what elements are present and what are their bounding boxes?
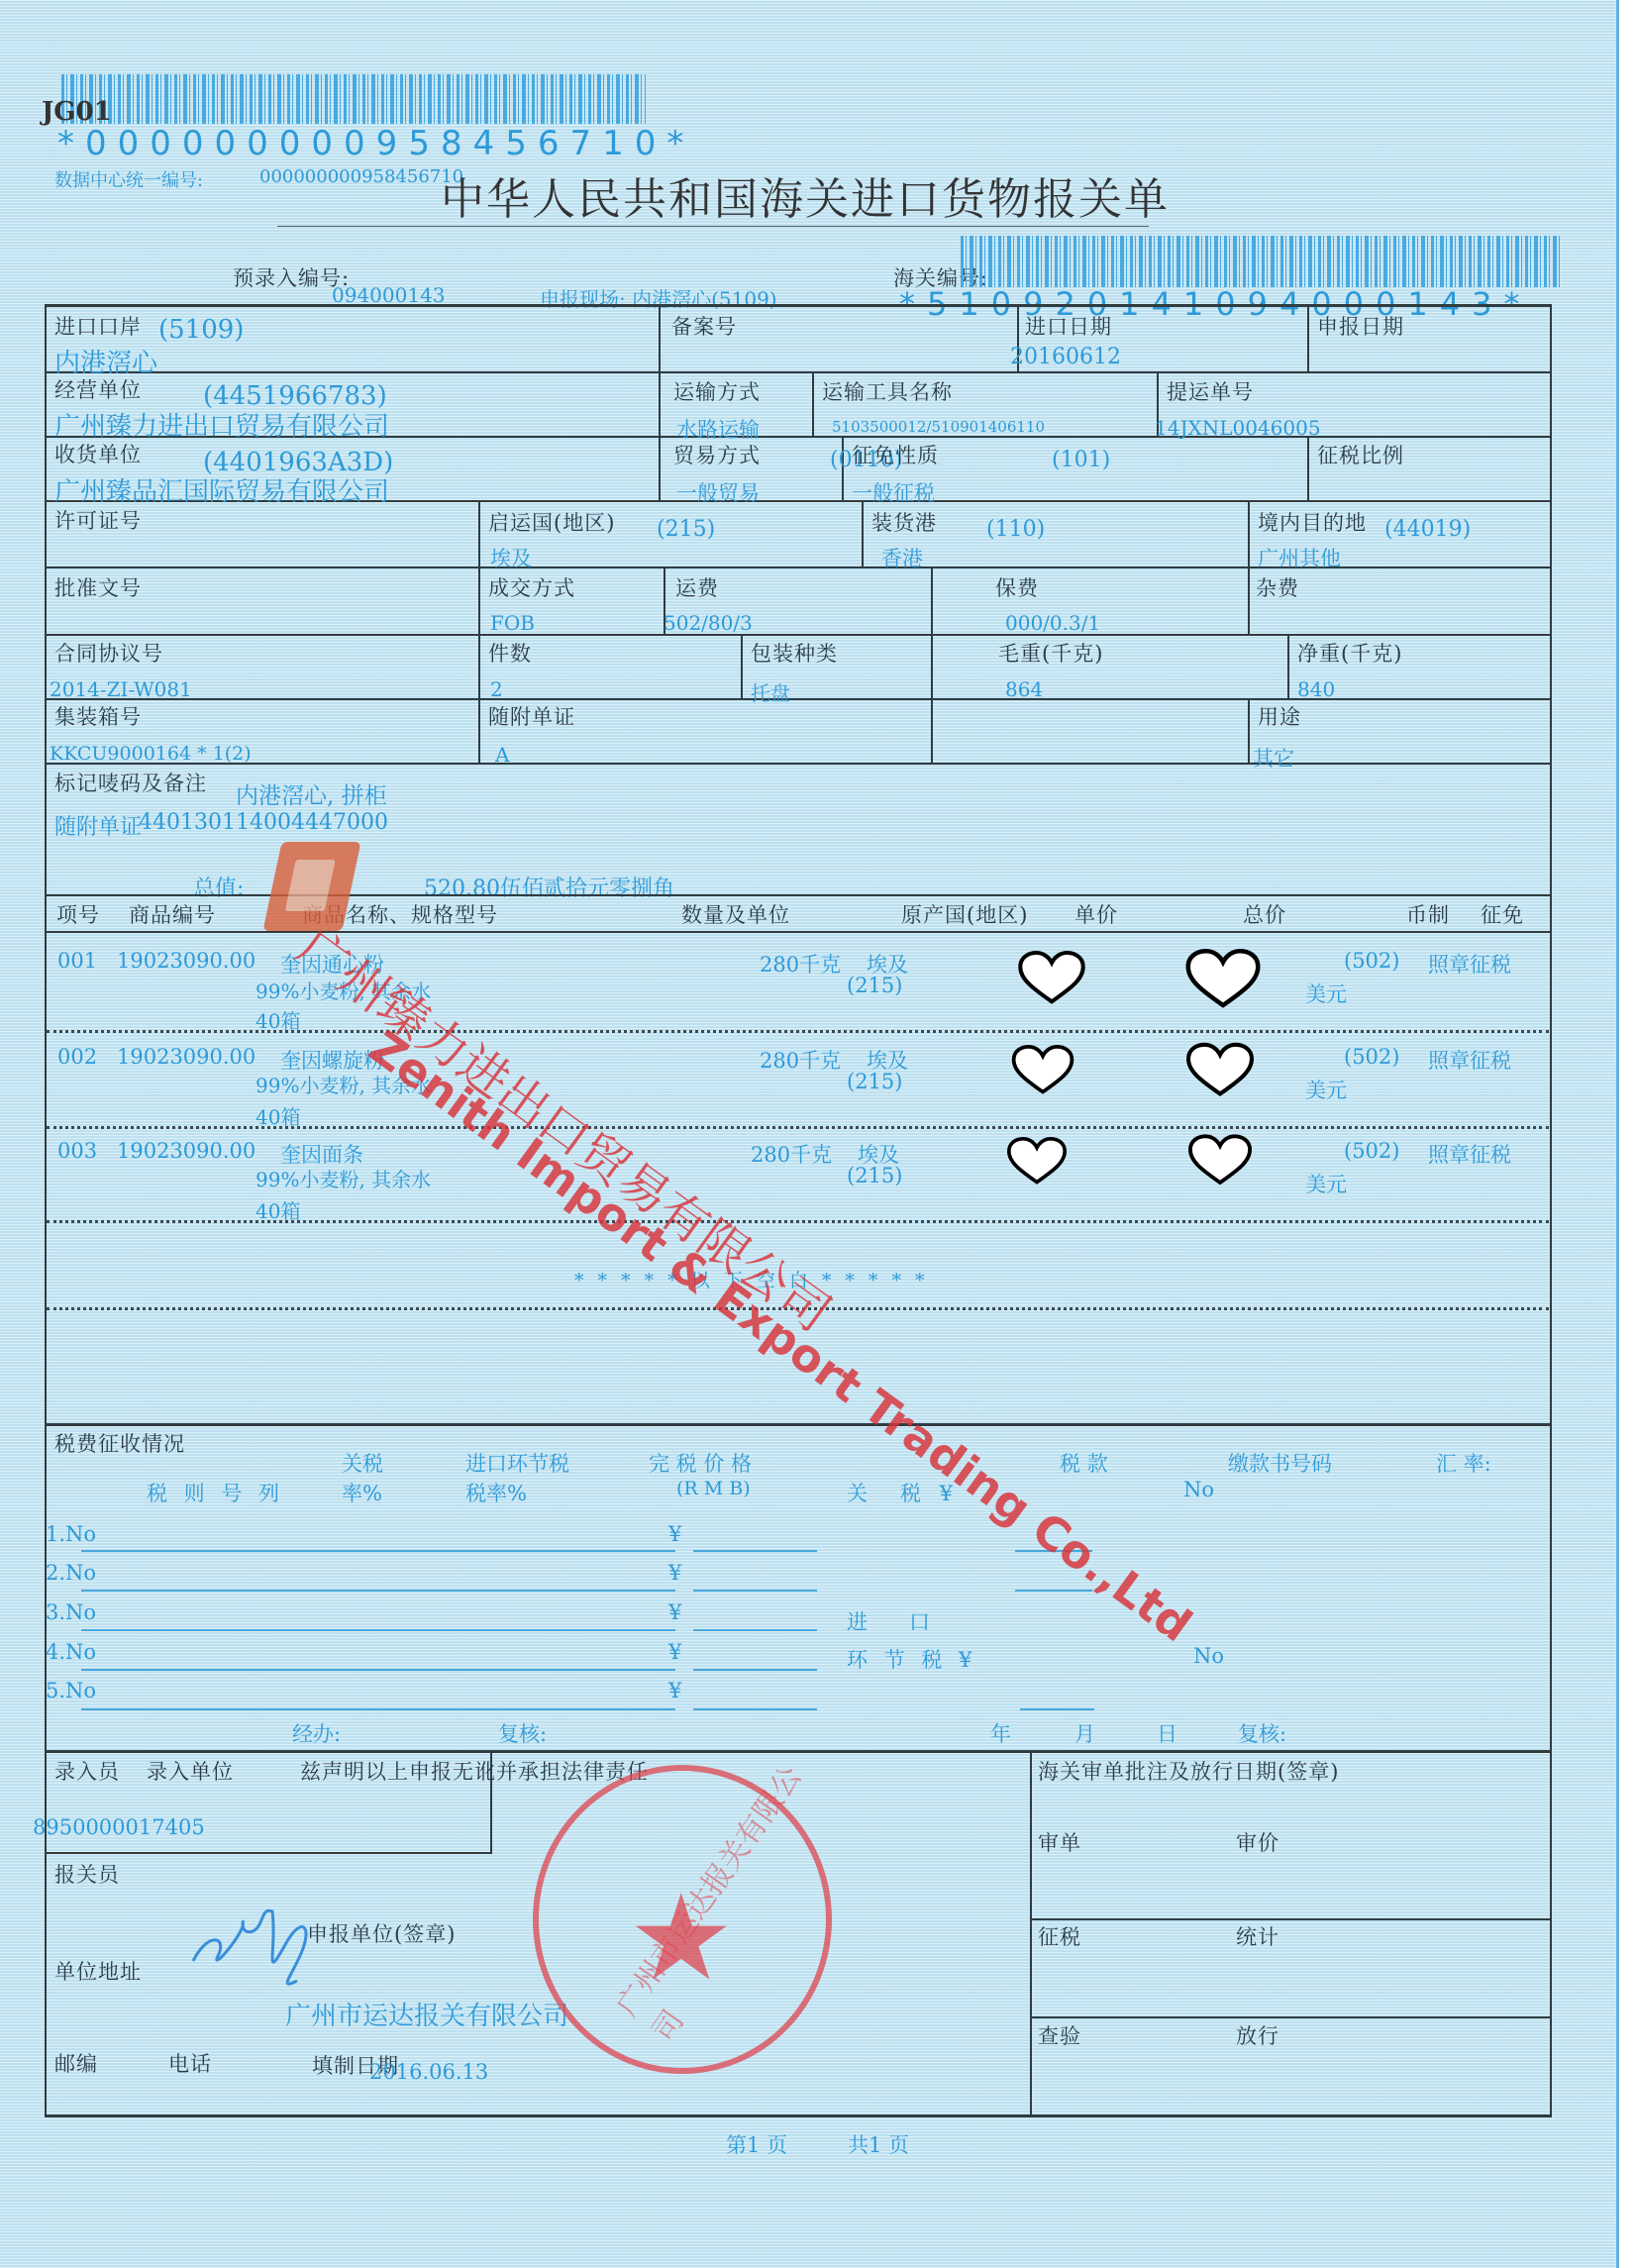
declarer-name: 广州市运达报关有限公司 [285,1996,568,2032]
tax-day: 日 [1157,1718,1177,1748]
item-qty: 280千克 [751,1139,832,1169]
tax-import-vat-no: No [1193,1644,1224,1668]
item-no: 001 [57,949,97,973]
import-date-value: 20160612 [1010,345,1121,369]
declaration-statement: 兹声明以上申报无讹并承担法律责任 [300,1756,649,1786]
redacted-unit-price-heart-icon [1015,951,1088,1004]
destination-value: 广州其他 [1258,543,1341,572]
attached-docs-value: A [495,743,509,767]
yen-symbol: ¥ [668,1600,681,1624]
postcode-label: 邮编 [54,2048,98,2078]
license-no-label: 许可证号 [54,505,142,535]
levy-nature-label: 征免性质 [852,440,939,469]
import-date-label: 进口日期 [1025,311,1112,341]
consignee-label: 收货单位 [54,439,142,468]
import-port-label: 进口口岸 [54,311,142,341]
item-qty: 280千克 [760,949,841,979]
bill-no-value: 14JXNL0046005 [1155,416,1321,440]
item-origin-code: (215) [847,974,902,997]
trade-mode-label: 贸易方式 [673,440,761,469]
goods-header-origin: 原产国(地区) [901,899,1028,929]
goods-header-unit-price: 单价 [1074,899,1118,929]
tax-handler: 经办: [292,1718,341,1748]
container-no-label: 集装箱号 [54,701,142,731]
table-top-border [45,304,1552,307]
item-origin-code: (215) [847,1164,902,1187]
marks-doc-label: 随附单证 [54,810,142,841]
page-number: 第1 页 [726,2129,787,2159]
page-title: 中华人民共和国海关进口货物报关单 [441,163,1170,227]
review-doc-label: 审单 [1038,1827,1081,1857]
data-center-no: 000000000958456710 [259,166,463,187]
loading-port-value: 香港 [881,543,923,572]
tax-col-payment-no: 缴款书号码 [1228,1448,1332,1478]
redacted-unit-price-heart-icon [1007,1134,1067,1187]
watermark-en: Zenith Import & Export Trading Co.,Ltd [359,1020,1201,1652]
entry-no: 8950000017405 [33,1815,205,1839]
levy-nature-value: 一般征税 [852,477,935,507]
entry-clerk-label: 录入员 [54,1756,120,1786]
item-no: 002 [57,1045,97,1069]
entry-unit-label: 录入单位 [147,1756,234,1786]
item-code: 19023090.00 [117,949,256,973]
review-price-label: 审价 [1236,1827,1279,1857]
customs-approval-label: 海关审单批注及放行日期(签章) [1038,1756,1339,1786]
gross-weight-label: 毛重(千克) [998,638,1103,668]
contract-no-value: 2014-ZI-W081 [50,677,192,701]
goods-header-total-price: 总价 [1243,899,1286,929]
item-spec: 99%小麦粉, 其余水 [256,1164,431,1192]
container-no-value: KKCU9000164 * 1(2) [50,743,252,765]
item-code: 19023090.00 [117,1045,256,1069]
broker-label: 报关员 [54,1859,120,1889]
redacted-total-price-heart-icon [1188,1134,1252,1186]
insurance-label: 保费 [995,572,1039,602]
total-value-label: 总值: [193,872,244,902]
deal-mode-label: 成交方式 [488,572,575,602]
tax-col-exchange-rate: 汇 率: [1436,1448,1491,1478]
tax-reviewer: 复核: [498,1718,547,1748]
stats-label: 统计 [1236,1921,1279,1951]
tax-col-import-vat: 进口环节税 [465,1448,569,1478]
tax-tariff-no: No [1183,1478,1214,1501]
origin-country-value: 埃及 [490,543,532,572]
operator-value: 广州臻力进出口贸易有限公司 [54,406,389,443]
gross-weight-value: 864 [1005,677,1043,701]
tax-import-vat-yen: 环 节 税 ¥ [847,1644,976,1674]
redacted-total-price-heart-icon [1186,1042,1254,1097]
tax-row-no: 5.No [46,1679,96,1702]
contract-no-label: 合同协议号 [54,638,163,668]
tax-col-tariff: 关税 [342,1448,383,1478]
item-code: 19023090.00 [117,1139,256,1163]
phone-label: 电话 [168,2048,212,2078]
item-currency: 美元 [1305,1075,1347,1104]
net-weight-label: 净重(千克) [1297,638,1402,668]
origin-country-code: (215) [657,517,715,542]
tax-import-label: 进 口 [847,1606,930,1636]
tax-label: 税费征收情况 [54,1428,185,1458]
item-levy: 照章征税 [1428,949,1511,979]
import-port-code: (5109) [158,315,244,345]
net-weight-value: 840 [1297,677,1335,701]
tax-row-no: 1.No [46,1522,96,1546]
destination-code: (44019) [1384,517,1471,542]
yen-symbol: ¥ [668,1561,681,1585]
form-code: JG01 [42,97,112,127]
operator-label: 经营单位 [54,374,142,404]
insurance-value: 000/0.3/1 [1005,611,1100,635]
attached-docs-label: 随附单证 [488,701,575,731]
tax-col-dutiable: 完 税 价 格 [649,1448,752,1478]
destination-label: 境内目的地 [1258,507,1367,537]
table-bottom-border [45,2114,1552,2117]
consignee-value: 广州臻品汇国际贸易有限公司 [54,471,389,508]
loading-port-code: (110) [986,517,1045,542]
item-currency: 美元 [1305,1169,1347,1198]
yen-symbol: ¥ [668,1679,681,1702]
item-no: 003 [57,1139,97,1163]
tax-col-tariff-no: 税 则 号 列 [147,1478,284,1507]
tax-month: 月 [1074,1718,1095,1748]
release-label: 放行 [1236,2020,1279,2050]
levy-label: 征税 [1038,1921,1081,1951]
goods-header-code: 商品编号 [129,899,216,929]
tax-row-no: 4.No [46,1640,96,1664]
deal-mode-value: FOB [490,611,535,635]
package-type-value: 托盘 [751,677,790,706]
item-qty: 280千克 [760,1045,841,1075]
fill-date: 2016.06.13 [369,2060,488,2084]
tax-col-dutiable-rmb: (R M B) [676,1478,751,1499]
freight-label: 运费 [675,572,719,602]
company-seal: ★ 广州市运达报关有限公司 [533,1765,832,2074]
tax-col-amount: 税 款 [1060,1448,1108,1478]
item-currency-code: (502) [1344,949,1399,973]
approval-no-label: 批准文号 [54,572,142,602]
tax-col-import-vat-rate: 税率% [465,1478,527,1507]
top-barcode [61,74,646,124]
package-type-label: 包装种类 [751,638,838,668]
broker-signature [183,1882,352,2001]
pieces-label: 件数 [488,638,532,668]
page-total: 共1 页 [848,2129,909,2159]
yen-symbol: ¥ [668,1640,681,1664]
top-barcode-digits: *000000000958456710* [57,124,694,163]
transport-name-label: 运输工具名称 [822,376,953,406]
item-currency-code: (502) [1344,1045,1399,1069]
table-right-border [1550,304,1552,2116]
item-levy: 照章征税 [1428,1045,1511,1075]
freight-value: 502/80/3 [664,611,753,635]
redacted-unit-price-heart-icon [1010,1045,1075,1094]
item-currency: 美元 [1305,979,1347,1008]
transport-name-value: 5103500012/510901406110 [832,418,1045,436]
redacted-total-price-heart-icon [1183,949,1263,1008]
tax-year: 年 [990,1718,1011,1748]
total-value: 520.80伍佰贰拾元零捌角 [424,872,674,902]
data-center-label: 数据中心统一编号: [54,166,203,192]
item-origin-code: (215) [847,1070,902,1093]
title-underline [277,226,1149,227]
goods-header-currency: 币制 [1406,899,1450,929]
transport-mode-label: 运输方式 [673,376,761,406]
tax-row-no: 3.No [46,1600,96,1624]
marks-doc-value: 440130114004447000 [139,810,388,835]
unit-address-label: 单位地址 [54,1956,142,1986]
misc-fee-label: 杂费 [1256,572,1299,602]
pieces-value: 2 [490,677,503,701]
record-no-label: 备案号 [671,311,737,341]
customs-barcode [961,236,1560,287]
item-levy: 照章征税 [1428,1139,1511,1169]
tax-col-tariff-rate: 率% [342,1478,382,1507]
usage-value: 其它 [1253,743,1294,773]
declare-date-label: 申报日期 [1317,311,1404,341]
goods-header-levy: 征免 [1481,899,1524,929]
customs-declaration-form: JG01 *000000000958456710* 数据中心统一编号: 0000… [0,0,1619,2268]
tax-reviewer-2: 复核: [1238,1718,1286,1748]
tax-row-no: 2.No [46,1561,96,1585]
table-left-border [45,304,47,2116]
item-currency-code: (502) [1344,1139,1399,1163]
bill-no-label: 提运单号 [1167,376,1254,406]
usage-label: 用途 [1258,701,1301,731]
yen-symbol: ¥ [668,1522,681,1546]
goods-header-no: 项号 [56,899,100,929]
loading-port-label: 装货港 [871,507,937,537]
levy-nature-code: (101) [1052,448,1110,472]
marks-label: 标记唛码及备注 [54,768,207,797]
goods-header-qty: 数量及单位 [681,899,790,929]
marks-value: 内港滘心, 拼柜 [236,777,387,810]
levy-ratio-label: 征税比例 [1317,440,1404,469]
inspect-label: 查验 [1038,2020,1081,2050]
trade-mode-value: 一般贸易 [676,477,760,507]
origin-country-label: 启运国(地区) [488,507,615,537]
